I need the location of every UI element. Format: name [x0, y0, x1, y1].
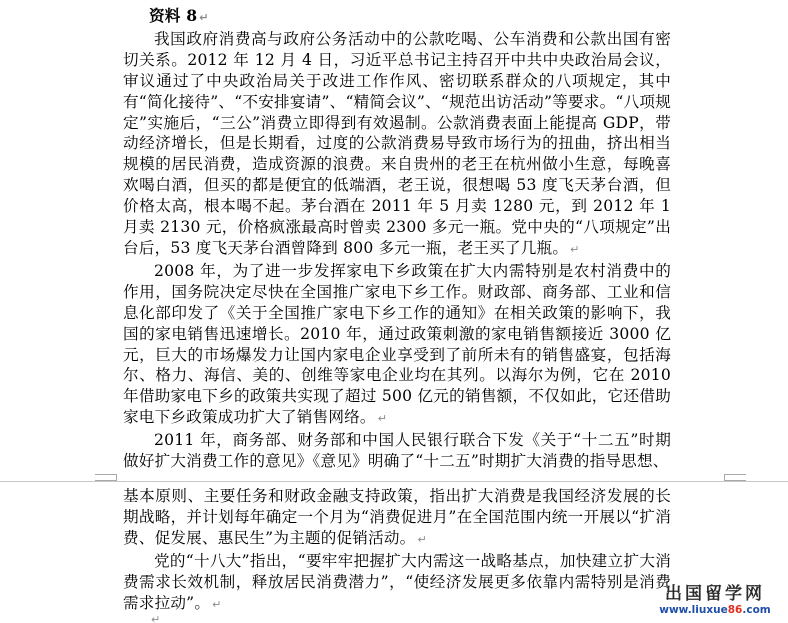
watermark-url: www.liuxue86.com: [650, 604, 780, 616]
document-page-2: 基本原则、主要任务和财政金融支持政策，指出扩大消费是我国经济发展的长期战略，并计…: [123, 486, 671, 615]
empty-paragraph-mark-icon: ↵: [151, 613, 160, 623]
watermark-title: 出国留学网: [650, 585, 780, 604]
paragraph-mark-icon: ↵: [570, 243, 579, 256]
paragraph-mark-icon: ↵: [417, 533, 426, 546]
paragraph-gov-consumption: 我国政府消费高与政府公务活动中的公款吃喝、公车消费和公款出国有密切关系。2012…: [123, 29, 671, 261]
page-break-divider: [0, 481, 788, 482]
paragraph-twelfth-five-year-part1: 2011 年，商务部、财务部和中国人民银行联合下发《关于“十二五”时期做好扩大消…: [123, 430, 671, 472]
paragraph-mark-icon: ↵: [212, 598, 221, 611]
site-watermark: 出国留学网 www.liuxue86.com: [650, 585, 780, 616]
paragraph-mark-icon: ↵: [199, 11, 208, 24]
paragraph-twelfth-five-year-part2: 基本原则、主要任务和财政金融支持政策，指出扩大消费是我国经济发展的长期战略，并计…: [123, 486, 671, 551]
page-corner-left-icon: [95, 474, 117, 481]
section-heading: 资料 8↵: [123, 6, 671, 29]
paragraph-eighteenth-congress: 党的“十八大”指出，“要牢牢把握扩大内需这一战略基点，加快建立扩大消费需求长效机…: [123, 551, 671, 616]
paragraph-mark-icon: ↵: [378, 412, 387, 425]
document-page-1: 资料 8↵ 我国政府消费高与政府公务活动中的公款吃喝、公车消费和公款出国有密切关…: [123, 6, 671, 472]
paragraph-appliances-to-countryside: 2008 年，为了进一步发挥家电下乡政策在扩大内需特别是农村消费中的作用，国务院…: [123, 261, 671, 430]
page-corner-right-icon: [724, 474, 746, 481]
